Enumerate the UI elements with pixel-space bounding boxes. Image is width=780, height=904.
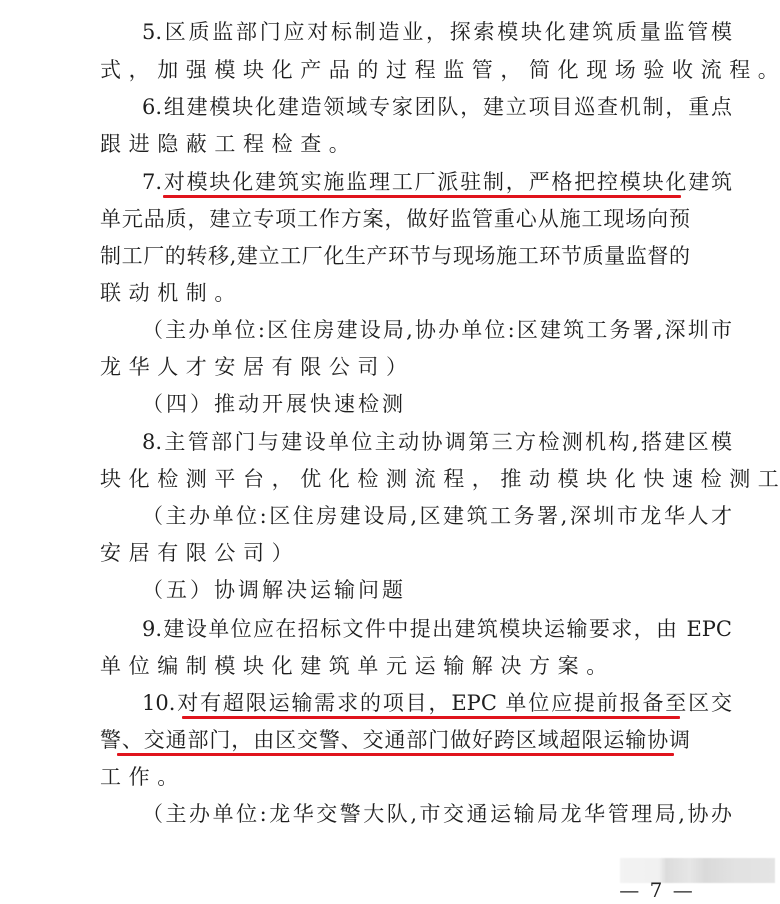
page-number: — 7 — (617, 877, 697, 904)
text-line-item-7-cont-3: 联动机制。 (100, 275, 690, 312)
red-underline-item-10-line-1 (182, 716, 680, 719)
text-line-item-8-cont: 块化检测平台，优化检测流程，推动模块化快速检测工作。 (100, 461, 690, 498)
text-line-item-5: 5.区质监部门应对标制造业，探索模块化建筑质量监管模 (142, 14, 732, 51)
text-line-item-10-cont-2: 工作。 (100, 759, 690, 796)
text-line-item-8: 8.主管部门与建设单位主动协调第三方检测机构,搭建区模 (142, 424, 732, 461)
text-line-responsible-units-8: （主办单位:区住房建设局,区建筑工务署,深圳市龙华人才 (142, 498, 732, 535)
red-underline-item-7 (163, 195, 681, 198)
document-page: 5.区质监部门应对标制造业，探索模块化建筑质量监管模 式，加强模块化产品的过程监… (0, 0, 780, 904)
text-line-item-7-cont-2: 制工厂的转移,建立工厂化生产环节与现场施工环节质量监督的 (100, 238, 690, 275)
red-underline-item-10-line-2 (117, 753, 674, 756)
text-line-responsible-units-7-cont: 龙华人才安居有限公司） (100, 349, 690, 386)
text-line-item-6-cont: 跟进隐蔽工程检查。 (100, 126, 690, 163)
text-line-responsible-units-7: （主办单位:区住房建设局,协办单位:区建筑工务署,深圳市 (142, 312, 732, 349)
section-heading-5: （五）协调解决运输问题 (142, 572, 732, 609)
text-line-item-6: 6.组建模块化建造领域专家团队，建立项目巡查机制，重点 (142, 89, 732, 126)
text-line-item-9: 9.建设单位应在招标文件中提出建筑模块运输要求，由 EPC (142, 611, 732, 648)
text-line-item-9-cont: 单位编制模块化建筑单元运输解决方案。 (100, 648, 690, 685)
text-line-item-7-cont-1: 单元品质，建立专项工作方案，做好监管重心从施工现场向预 (100, 201, 690, 238)
text-line-responsible-units-8-cont: 安居有限公司） (100, 535, 690, 572)
text-line-responsible-units-10: （主办单位:龙华交警大队,市交通运输局龙华管理局,协办 (142, 796, 732, 833)
text-line-item-5-cont: 式，加强模块化产品的过程监管，简化现场验收流程。 (100, 52, 690, 89)
section-heading-4: （四）推动开展快速检测 (142, 386, 732, 423)
